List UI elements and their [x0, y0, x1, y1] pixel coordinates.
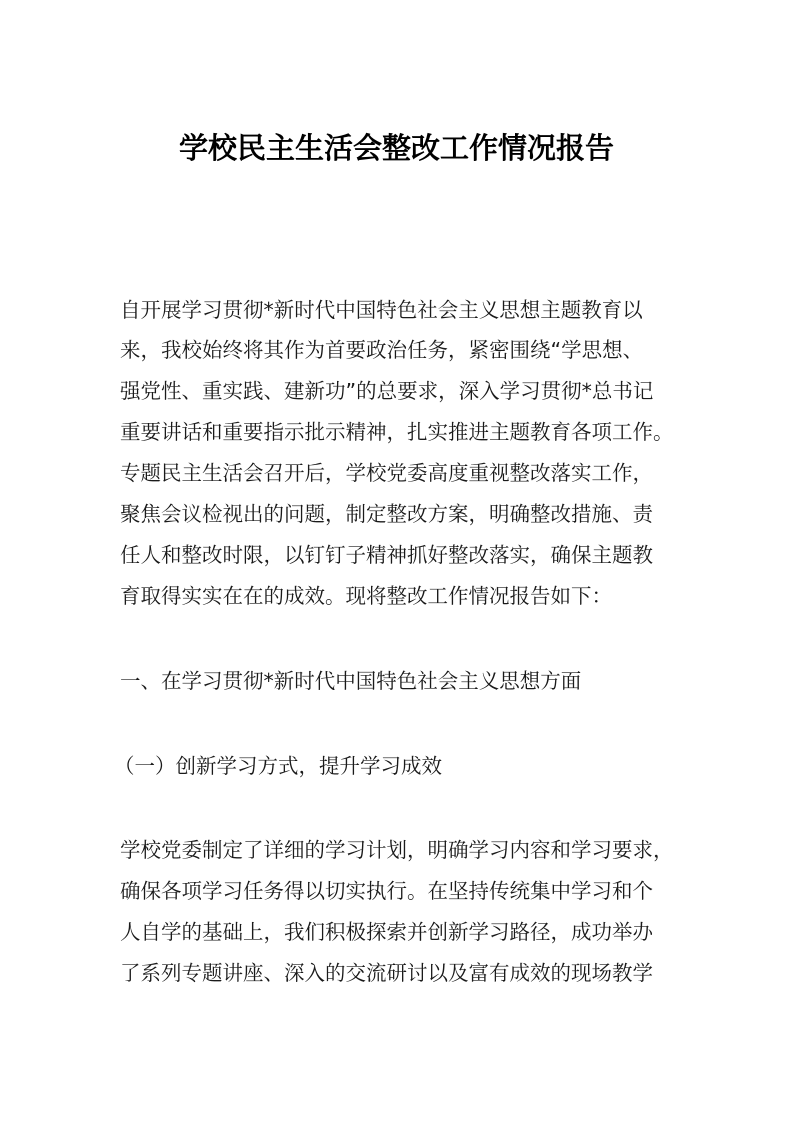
- document-title: 学校民主生活会整改工作情况报告: [0, 128, 793, 168]
- paragraph-line: 了系列专题讲座、深入的交流研讨以及富有成效的现场教学: [120, 959, 653, 987]
- paragraph-line: 人自学的基础上，我们积极探索并创新学习路径，成功举办: [120, 918, 653, 946]
- document-page: 学校民主生活会整改工作情况报告 自开展学习贯彻*新时代中国特色社会主义思想主题教…: [0, 0, 793, 1122]
- paragraph-line: 重要讲话和重要指示批示精神，扎实推进主题教育各项工作。: [120, 418, 674, 446]
- section-heading: 一、在学习贯彻*新时代中国特色社会主义思想方面: [120, 667, 581, 695]
- paragraph-line: 聚焦会议检视出的问题，制定整改方案，明确整改措施、责: [120, 500, 653, 528]
- paragraph-line: 育取得实实在在的成效。现将整改工作情况报告如下：: [120, 582, 612, 610]
- paragraph-line: 任人和整改时限，以钉钉子精神抓好整改落实，确保主题教: [120, 541, 653, 569]
- paragraph-line: 自开展学习贯彻*新时代中国特色社会主义思想主题教育以: [120, 296, 643, 324]
- paragraph-line: 专题民主生活会召开后，学校党委高度重视整改落实工作，: [120, 459, 653, 487]
- paragraph-line: 强党性、重实践、建新功”的总要求，深入学习贯彻*总书记: [120, 377, 653, 405]
- paragraph-line: 学校党委制定了详细的学习计划，明确学习内容和学习要求，: [120, 836, 674, 864]
- subsection-heading: （一）创新学习方式，提升学习成效: [114, 752, 442, 780]
- paragraph-line: 确保各项学习任务得以切实执行。在坚持传统集中学习和个: [120, 877, 653, 905]
- paragraph-line: 来，我校始终将其作为首要政治任务，紧密围绕“学思想、: [120, 336, 643, 364]
